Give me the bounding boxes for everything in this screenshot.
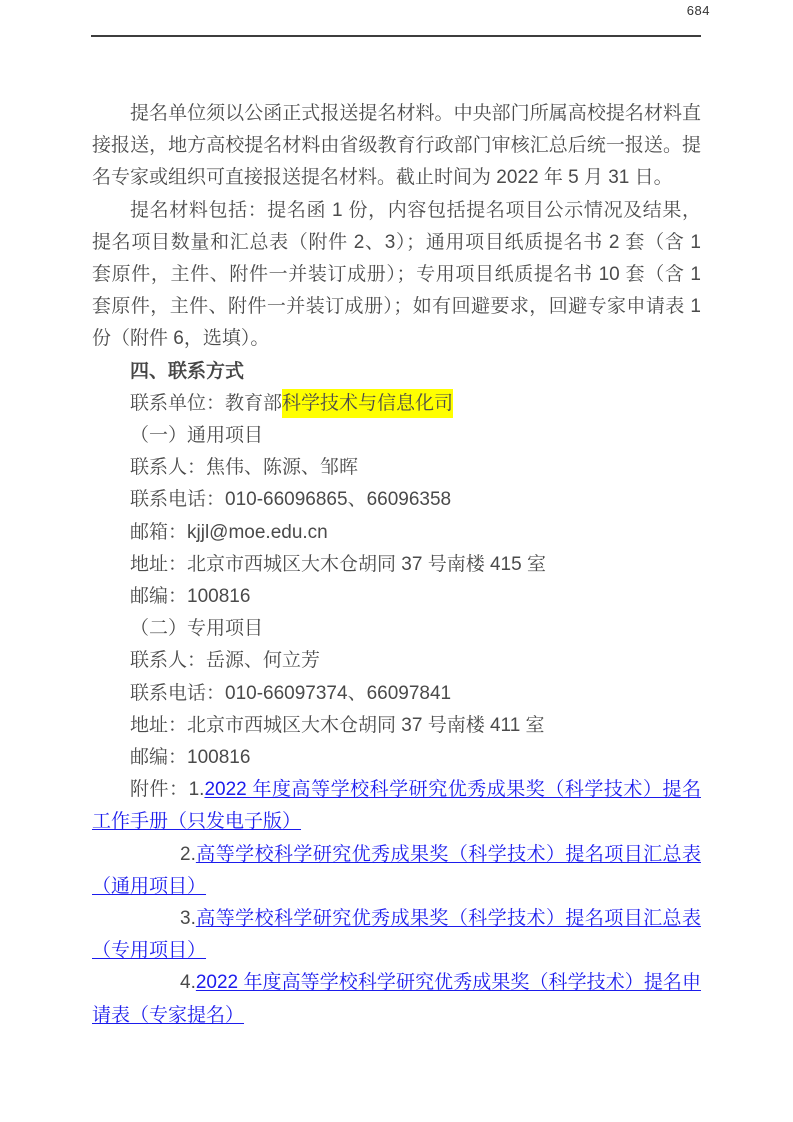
- section-heading-contact: 四、联系方式: [92, 356, 701, 388]
- attachment-number: 3.: [180, 908, 196, 929]
- special-contact-person: 联系人：岳源、何立芳: [92, 645, 701, 677]
- page-header: 684: [91, 0, 701, 37]
- attachment-item: 4.2022 年度高等学校科学研究优秀成果奖（科学技术）提名申请表（专家提名）: [92, 967, 701, 1031]
- special-contact-postcode: 邮编：100816: [92, 742, 701, 774]
- contact-unit-highlight: 科学技术与信息化司: [282, 389, 453, 418]
- special-contact-address: 地址：北京市西城区大木仓胡同 37 号南楼 411 室: [92, 710, 701, 742]
- general-contact-email: 邮箱：kjjl@moe.edu.cn: [92, 517, 701, 549]
- paragraph-submission: 提名单位须以公函正式报送提名材料。中央部门所属高校提名材料直接报送，地方高校提名…: [92, 98, 701, 195]
- attachment-item: 3.高等学校科学研究优秀成果奖（科学技术）提名项目汇总表（专用项目）: [92, 903, 701, 967]
- attachment-item: 附件：1.2022 年度高等学校科学研究优秀成果奖（科学技术）提名工作手册（只发…: [92, 774, 701, 838]
- attachment-number: 2.: [180, 844, 196, 865]
- general-contact-phone: 联系电话：010-66096865、66096358: [92, 484, 701, 516]
- general-contact-postcode: 邮编：100816: [92, 581, 701, 613]
- attachment-number: 1.: [189, 779, 205, 800]
- paragraph-materials: 提名材料包括：提名函 1 份，内容包括提名项目公示情况及结果，提名项目数量和汇总…: [92, 195, 701, 356]
- contact-unit-prefix: 联系单位：教育部: [130, 393, 282, 414]
- attachment-number: 4.: [180, 972, 196, 993]
- special-contact-phone: 联系电话：010-66097374、66097841: [92, 678, 701, 710]
- general-contact-person: 联系人：焦伟、陈源、邹晖: [92, 452, 701, 484]
- attachment-item: 2.高等学校科学研究优秀成果奖（科学技术）提名项目汇总表（通用项目）: [92, 839, 701, 903]
- attachments-label: 附件：: [130, 779, 189, 800]
- contact-unit-line: 联系单位：教育部科学技术与信息化司: [92, 388, 701, 420]
- general-contact-address: 地址：北京市西城区大木仓胡同 37 号南楼 415 室: [92, 549, 701, 581]
- page-number: 684: [687, 3, 710, 18]
- special-project-title: （二）专用项目: [92, 613, 701, 645]
- general-project-title: （一）通用项目: [92, 420, 701, 452]
- document-body: 提名单位须以公函正式报送提名材料。中央部门所属高校提名材料直接报送，地方高校提名…: [92, 98, 701, 1032]
- document-page: 684 提名单位须以公函正式报送提名材料。中央部门所属高校提名材料直接报送，地方…: [0, 0, 793, 1122]
